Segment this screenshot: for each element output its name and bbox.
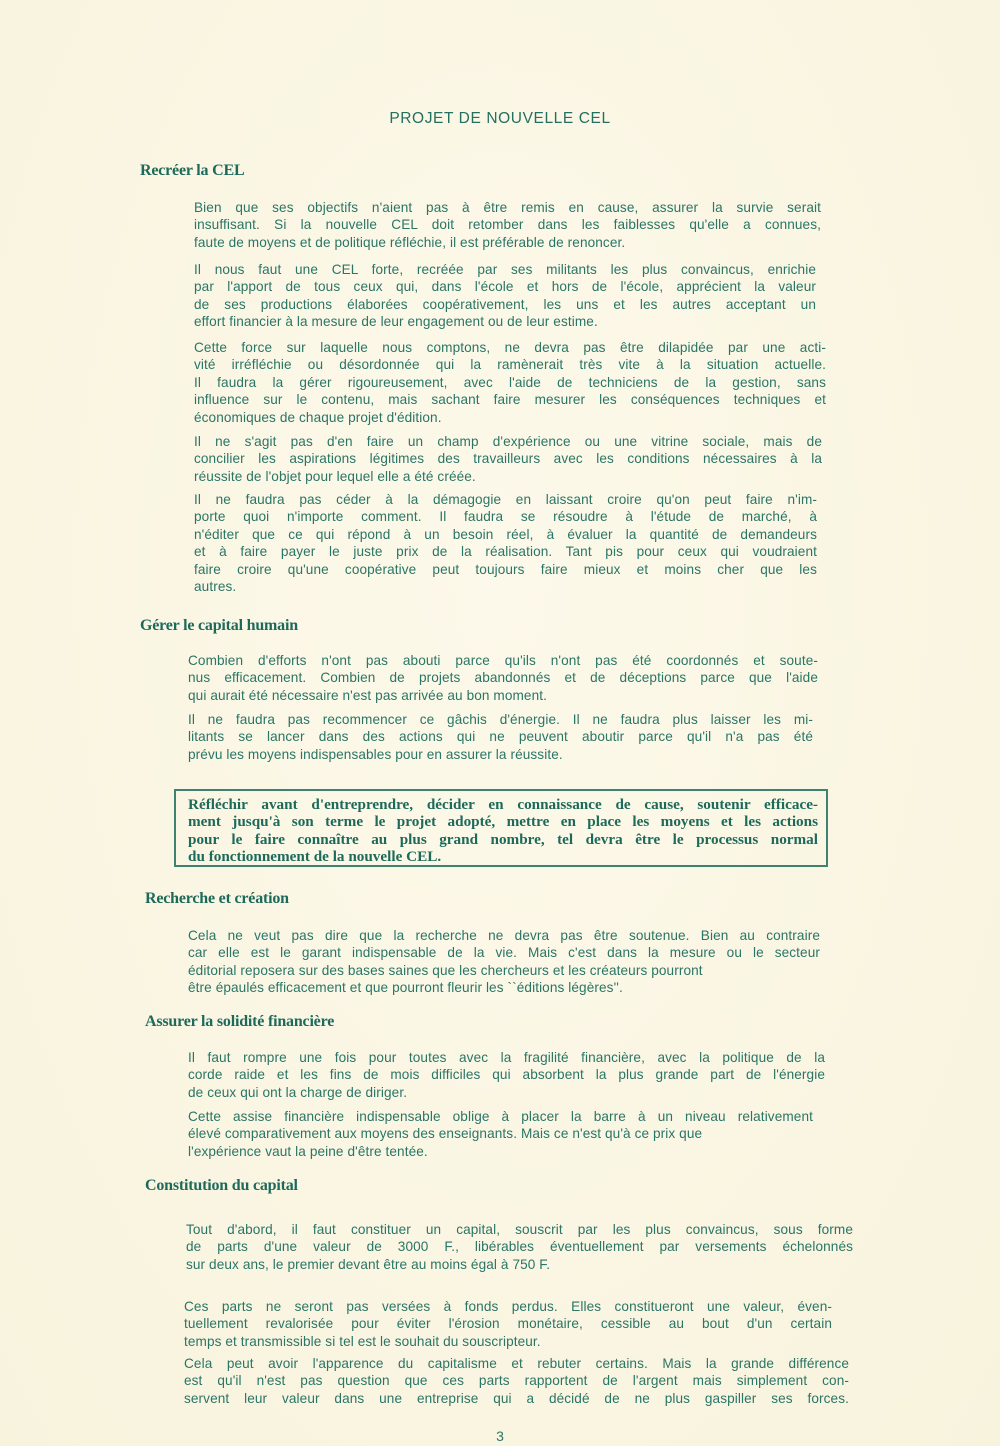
paragraph: Il ne s'agit pas d'en faire un champ d'e… (194, 433, 822, 485)
callout-box: Réfléchir avant d'entreprendre, décider … (174, 789, 828, 867)
paragraph: Il faut rompre une fois pour toutes avec… (188, 1049, 825, 1101)
paragraph: Ces parts ne seront pas versées à fonds … (184, 1298, 832, 1350)
section-heading-constitution: Constitution du capital (145, 1177, 298, 1195)
section-heading-solidite: Assurer la solidité financière (145, 1013, 334, 1031)
paragraph: Il ne faudra pas recommencer ce gâchis d… (188, 711, 813, 763)
paragraph: Tout d'abord, il faut constituer un capi… (186, 1221, 853, 1273)
section-heading-capital-humain: Gérer le capital humain (140, 617, 298, 635)
paragraph: Cette force sur laquelle nous comptons, … (194, 339, 826, 426)
document-page: PROJET DE NOUVELLE CEL Recréer la CEL Bi… (0, 0, 1000, 1446)
paragraph: Il ne faudra pas céder à la démagogie en… (194, 491, 817, 595)
section-heading-recreer: Recréer la CEL (140, 162, 244, 180)
paragraph: Combien d'efforts n'ont pas abouti parce… (188, 652, 818, 704)
paragraph: Cela ne veut pas dire que la recherche n… (188, 927, 820, 997)
page-title: PROJET DE NOUVELLE CEL (0, 110, 1000, 128)
paragraph: Il nous faut une CEL forte, recréée par … (194, 261, 816, 331)
section-heading-recherche: Recherche et création (145, 890, 289, 908)
paragraph: Bien que ses objectifs n'aient pas à êtr… (194, 199, 821, 251)
paragraph: Cela peut avoir l'apparence du capitalis… (184, 1355, 849, 1407)
page-number: 3 (0, 1428, 1000, 1444)
paragraph: Cette assise financière indispensable ob… (188, 1108, 813, 1160)
